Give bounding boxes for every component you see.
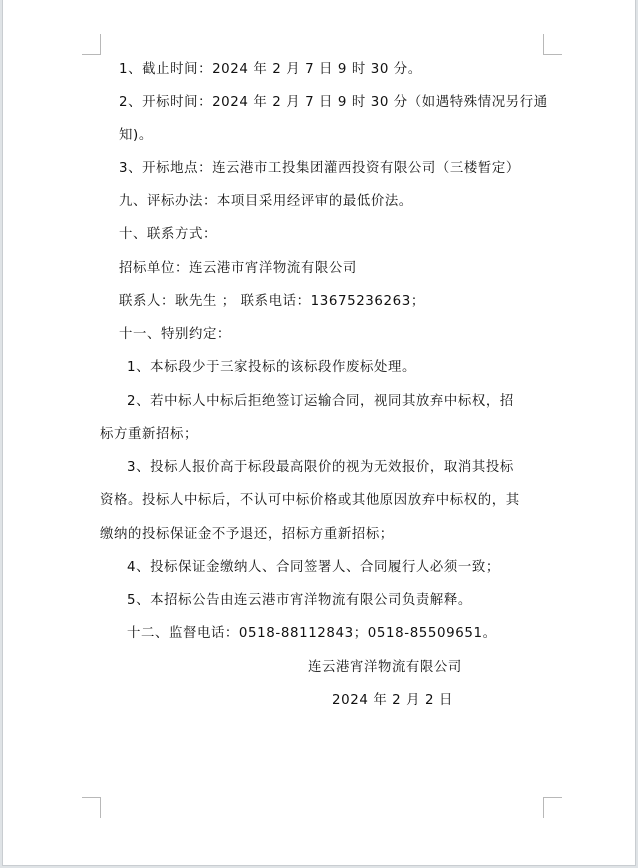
margin-corner-top-left [82,34,101,55]
term-4-line: 4、投标保证金缴纳人、合同签署人、合同履行人必须一致； [127,559,500,577]
opening-time-line-cont: 知)。 [119,127,153,145]
term-2-line-cont: 标方重新招标； [100,426,198,444]
opening-time-line: 2、开标时间：2024 年 2 月 7 日 9 时 30 分（如遇特殊情况另行通 [119,94,548,112]
evaluation-method-heading: 九、评标办法：本项目采用经评审的最低价法。 [119,193,413,211]
contact-person-line: 联系人：耿先生 ； 联系电话：13675236263； [119,293,425,311]
special-terms-heading: 十一、特别约定： [119,326,231,344]
term-1-line: 1、本标段少于三家投标的该标段作废标处理。 [127,359,416,377]
term-3-line-cont-2: 缴纳的投标保证金不予退还，招标方重新招标； [100,526,394,544]
contact-heading: 十、联系方式： [119,226,217,244]
signature-date: 2024 年 2 月 2 日 [332,692,453,710]
supervision-phone-heading: 十二、监督电话：0518-88112843；0518-85509651。 [127,625,497,643]
margin-corner-bottom-left [82,797,101,818]
term-3-line-cont-1: 资格。投标人中标后，不认可中标价格或其他原因放弃中标权的，其 [100,492,520,510]
margin-corner-top-right [543,34,562,55]
signature-company: 连云港宵洋物流有限公司 [308,659,462,677]
term-3-line: 3、投标人报价高于标段最高限价的视为无效报价，取消其投标 [127,459,514,477]
document-page [2,0,636,866]
term-2-line: 2、若中标人中标后拒绝签订运输合同，视同其放弃中标权，招 [127,393,514,411]
margin-corner-bottom-right [543,797,562,818]
tendering-unit-line: 招标单位：连云港市宵洋物流有限公司 [119,260,357,278]
term-5-line: 5、本招标公告由连云港市宵洋物流有限公司负责解释。 [127,592,472,610]
opening-location-line: 3、开标地点：连云港市工投集团灌西投资有限公司（三楼暂定） [119,160,520,178]
deadline-line: 1、截止时间：2024 年 2 月 7 日 9 时 30 分。 [119,61,422,79]
